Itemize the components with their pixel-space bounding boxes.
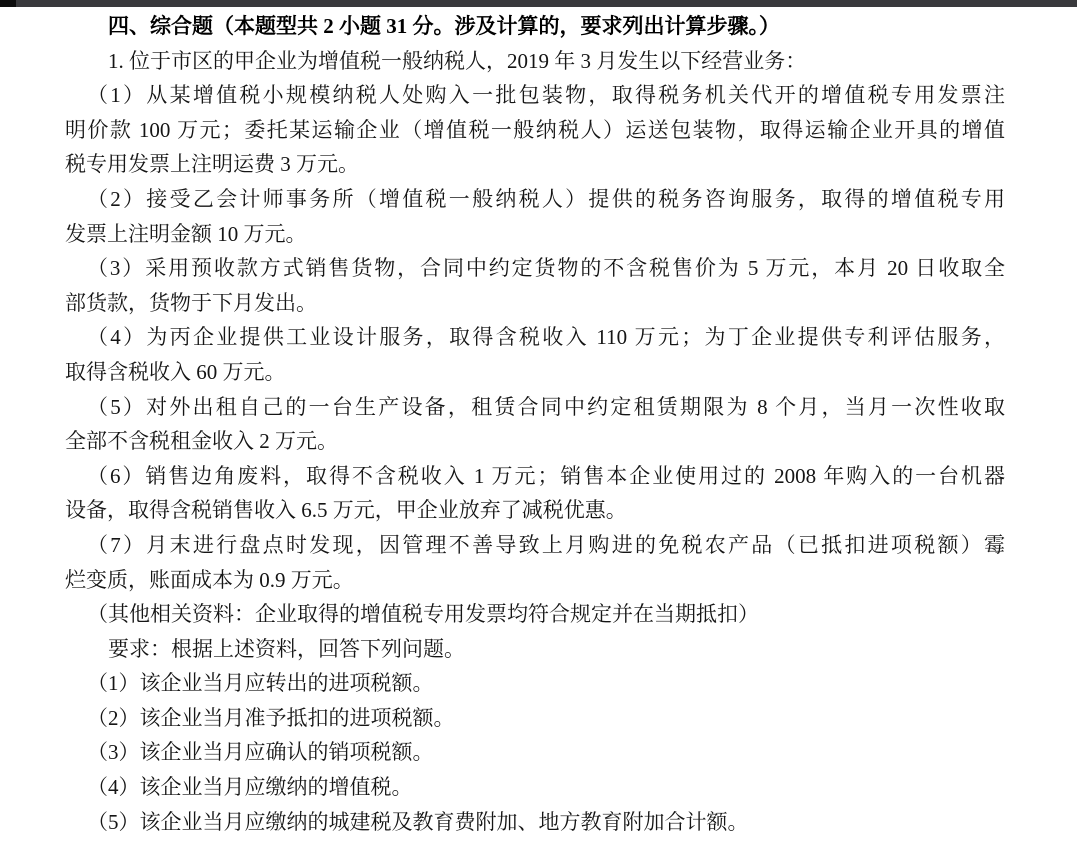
scan-top-bar (0, 0, 1077, 7)
text-line: 税专用发票上注明运费 3 万元。 (65, 147, 1005, 182)
text-line: 烂变质，账面成本为 0.9 万元。 (65, 563, 1005, 598)
text-line: 发票上注明金额 10 万元。 (65, 217, 1005, 252)
text-line: （1）该企业当月应转出的进项税额。 (65, 666, 1005, 701)
text-line: 1. 位于市区的甲企业为增值税一般纳税人，2019 年 3 月发生以下经营业务： (65, 44, 1005, 79)
document-text-block: 四、综合题（本题型共 2 小题 31 分。涉及计算的，要求列出计算步骤。）1. … (65, 9, 1005, 839)
text-line: （2）该企业当月准予抵扣的进项税额。 (65, 701, 1005, 736)
text-line: （5）该企业当月应缴纳的城建税及教育费附加、地方教育附加合计额。 (65, 805, 1005, 840)
text-line: （3）采用预收款方式销售货物，合同中约定货物的不含税售价为 5 万元，本月 20… (65, 251, 1005, 286)
text-line: （3）该企业当月应确认的销项税额。 (65, 735, 1005, 770)
text-line: （其他相关资料：企业取得的增值税专用发票均符合规定并在当期抵扣） (65, 597, 1005, 632)
scan-top-bar-left-segment (0, 0, 16, 7)
document-page: 四、综合题（本题型共 2 小题 31 分。涉及计算的，要求列出计算步骤。）1. … (65, 7, 1005, 839)
text-line: （4）该企业当月应缴纳的增值税。 (65, 770, 1005, 805)
text-line: 明价款 100 万元；委托某运输企业（增值税一般纳税人）运送包装物，取得运输企业… (65, 113, 1005, 148)
text-line: （6）销售边角废料，取得不含税收入 1 万元；销售本企业使用过的 2008 年购… (65, 459, 1005, 494)
text-line: 全部不含税租金收入 2 万元。 (65, 424, 1005, 459)
text-line: 取得含税收入 60 万元。 (65, 355, 1005, 390)
text-line: （5）对外出租自己的一台生产设备，租赁合同中约定租赁期限为 8 个月，当月一次性… (65, 390, 1005, 425)
text-line: 要求：根据上述资料，回答下列问题。 (65, 632, 1005, 667)
text-line: 部货款，货物于下月发出。 (65, 286, 1005, 321)
text-line: 设备，取得含税销售收入 6.5 万元，甲企业放弃了减税优惠。 (65, 493, 1005, 528)
text-line: （4）为丙企业提供工业设计服务，取得含税收入 110 万元；为丁企业提供专利评估… (65, 320, 1005, 355)
text-line: （2）接受乙会计师事务所（增值税一般纳税人）提供的税务咨询服务，取得的增值税专用 (65, 182, 1005, 217)
text-line: （7）月末进行盘点时发现，因管理不善导致上月购进的免税农产品（已抵扣进项税额）霉 (65, 528, 1005, 563)
text-line: （1）从某增值税小规模纳税人处购入一批包装物，取得税务机关代开的增值税专用发票注 (65, 78, 1005, 113)
text-line: 四、综合题（本题型共 2 小题 31 分。涉及计算的，要求列出计算步骤。） (65, 9, 1005, 44)
